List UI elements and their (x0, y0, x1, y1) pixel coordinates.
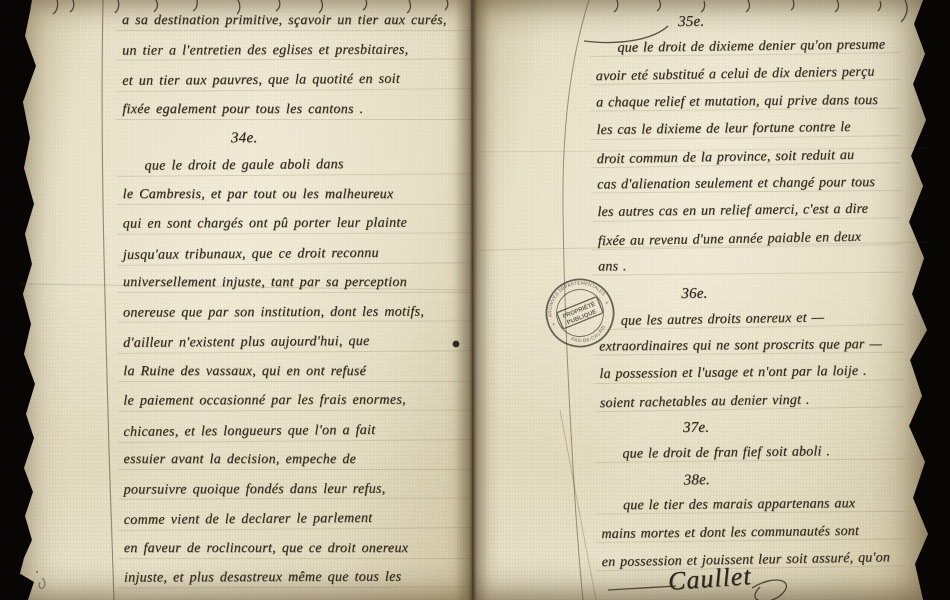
manuscript-line: les cas le dixieme de leur fortune contr… (596, 113, 896, 144)
manuscript-line: universellement injuste, tant par sa per… (123, 268, 471, 298)
manuscript-line: que le droit de dixieme denier qu'on pre… (595, 31, 895, 62)
manuscript-line: et un tier aux pauvres, que la quotité e… (122, 64, 470, 96)
manuscript-line: extraordinaires qui ne sont proscrits qu… (599, 331, 899, 361)
manuscript-line: onereuse que par son institution, dont l… (123, 297, 471, 328)
manuscript-line: soient rachetables au denier vingt . (600, 385, 900, 417)
manuscript-line: la Ruine des vassaux, qui en ont refusé (123, 356, 471, 386)
article-37-heading: 37e. (600, 414, 792, 441)
article-34-heading: 34e. (122, 124, 366, 151)
manuscript-line: cas d'alienation seulement et changé pou… (597, 169, 897, 199)
manuscript-line: la possession et l'usage et n'ont par la… (599, 358, 899, 389)
manuscript-line: essuier avant la decision, empeche de (124, 445, 472, 475)
manuscript-line: que le droit de gaule aboli dans (122, 149, 470, 181)
manuscript-line: que les autres droits onereux et — (599, 303, 899, 335)
manuscript-line: injuste, et plus desastreux même que tou… (124, 562, 472, 593)
stamp-star-right: ✳ (604, 300, 610, 306)
signature: Caullet (667, 561, 752, 597)
manuscript-line: chicanes, et les longueurs que l'on a fa… (123, 415, 471, 447)
right-page-text: 35e. que le droit de dixieme denier qu'o… (595, 6, 902, 575)
manuscript-line: a chaque relief et mutation, qui prive d… (596, 87, 896, 117)
manuscript-line: en faveur de roclincourt, que ce droit o… (124, 533, 472, 563)
manuscript-line: jusqu'aux tribunaux, que ce droit reconn… (123, 238, 471, 270)
article-36-heading: 36e. (598, 279, 790, 306)
manuscript-line: les autres cas en un relief amerci, c'es… (597, 196, 897, 227)
archive-stamp: ARCHIVES DÉPARTEMENTALES PAS-DE-CALAIS P… (537, 270, 623, 356)
manuscript-line: mains mortes et dont les communautés son… (601, 517, 901, 548)
manuscript-line: comme vient de le declarer le parlement (124, 503, 472, 535)
left-page-text: a sa destination primitive, sçavoir un t… (122, 5, 472, 593)
manuscript-line: a sa destination primitive, sçavoir un t… (122, 6, 470, 36)
manuscript-line: en possession et jouissent leur soit ass… (602, 544, 902, 576)
article-35-heading: 35e. (595, 8, 787, 35)
manuscript-line: ans . (598, 251, 898, 281)
manuscript-line: avoir eté substitué a celui de dix denie… (596, 59, 896, 91)
manuscript-line: poursuivre quoique fondés dans leur refu… (124, 474, 472, 505)
manuscript-line: le paiement occasionné par les frais eno… (123, 385, 471, 416)
manuscript-page-left: a sa destination primitive, sçavoir un t… (16, 0, 473, 600)
manuscript-line: le Cambresis, et par tout ou les malheur… (123, 180, 471, 210)
manuscript-line: qui en sont chargés ont pû porter leur p… (123, 208, 471, 239)
stamp-star-left: ✳ (551, 321, 557, 327)
manuscript-line: d'ailleur n'existent plus aujourd'hui, q… (123, 326, 471, 358)
manuscript-photo: a sa destination primitive, sçavoir un t… (0, 0, 950, 600)
manuscript-line: que le droit de fran fief soit aboli . (600, 437, 900, 468)
manuscript-line: un tier a l'entretien des eglises et pre… (122, 35, 470, 66)
manuscript-line: que le tier des marais appartenans aux (601, 490, 901, 520)
manuscript-line: fixée egalement pour tous les cantons . (122, 95, 470, 125)
